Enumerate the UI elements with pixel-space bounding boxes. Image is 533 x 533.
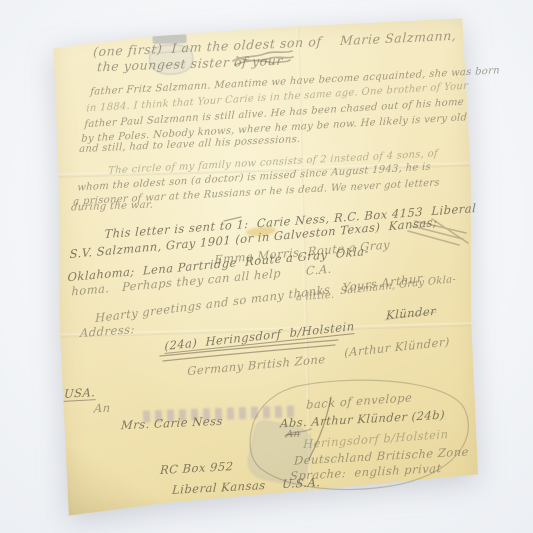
letter-photograph: (one first) I am the oldest son of Marie… (0, 0, 533, 533)
usa-note: USA. (64, 385, 96, 402)
handwriting-layer: (one first) I am the oldest son of Marie… (0, 0, 533, 533)
recipient-city-line: Liberal Kansas U.S.A. (172, 475, 321, 497)
sender-country-line: Germany British Zone (187, 352, 326, 378)
recipient-box-line: RC Box 952 (160, 459, 234, 477)
recipient-an: An (94, 401, 112, 416)
sender-name-paren: (Arthur Klünder) (344, 334, 450, 359)
envelope-sender-line: Abs. Arthur Klünder (24b) (280, 408, 446, 431)
sender-address-line: (24a) Heringsdorf b/Holstein (165, 319, 355, 354)
struck-word: An (286, 429, 301, 441)
handwriting-line: during the war. (71, 200, 154, 214)
signature: Klünder (386, 304, 436, 322)
address-label: Address: (80, 322, 135, 340)
recipient-name: Mrs. Carie Ness (121, 414, 224, 432)
envelope-note-title: back of envelope (306, 390, 413, 411)
